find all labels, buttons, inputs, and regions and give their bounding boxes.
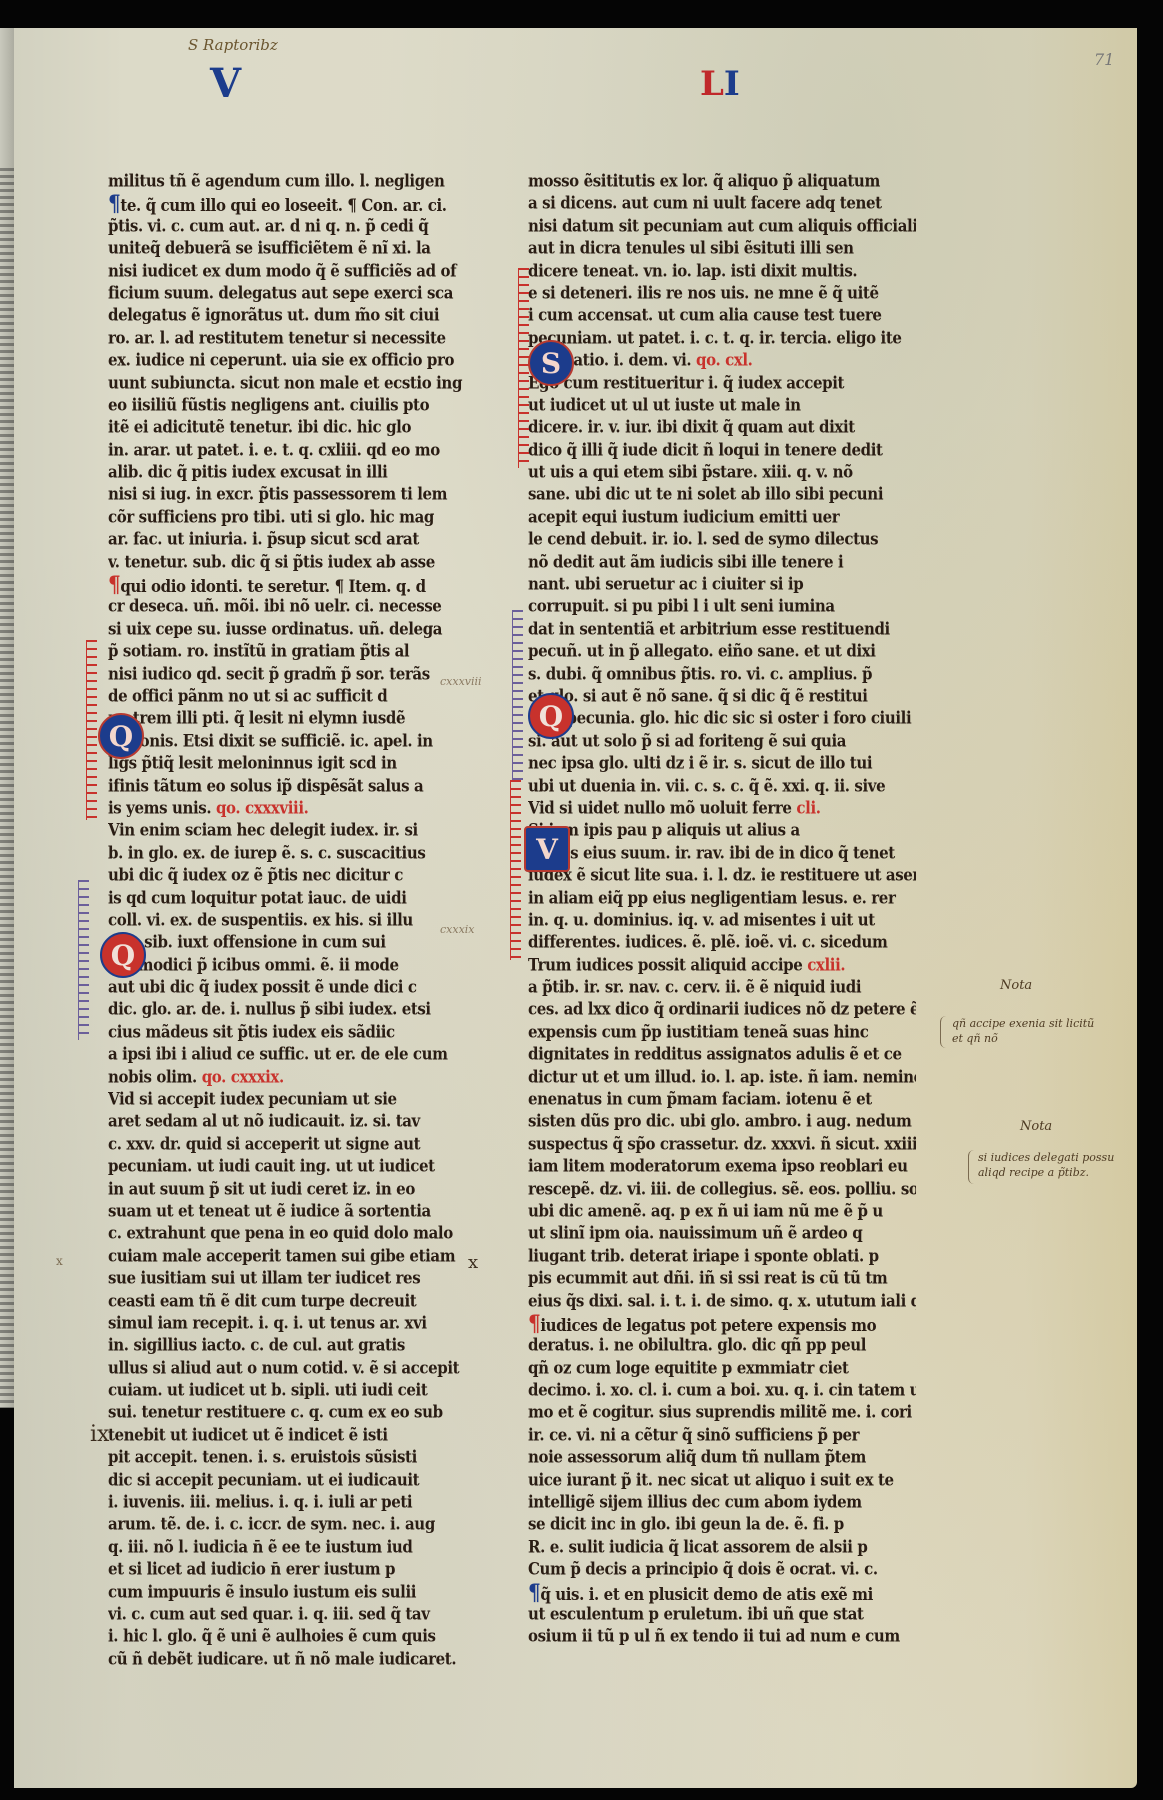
line-text: et glo. si aut ẽ nõ sane. q̃ si dic q̃ ẽ… xyxy=(528,686,868,706)
line-text: e si deteneri. ilis re nos uis. ne mne ẽ… xyxy=(528,283,879,303)
text-line: ¶q̃ uis. i. et en plusicit demo de atis … xyxy=(528,1579,916,1604)
margin-nota-2-label: Nota xyxy=(1020,1119,1052,1134)
running-head-note: S Raptoribz xyxy=(188,36,278,54)
penwork-flourish-right-3 xyxy=(510,780,521,960)
line-text: aret sedam al ut nõ iudicauit. iz. si. t… xyxy=(108,1111,420,1131)
line-text: nõ dedit aut ãm iudicis sibi ille tenere… xyxy=(528,552,843,572)
line-text: differentes. iudices. ẽ. plẽ. ioẽ. vi. c… xyxy=(528,932,887,952)
line-text: mo et ẽ cogitur. sius suprendis militẽ m… xyxy=(528,1402,912,1422)
text-line: p̃ sotiam. ro. instĩtũ in gratiam p̃tis … xyxy=(108,639,474,664)
line-text: te. q̃ cum illo qui eo loseeit. ¶ Con. a… xyxy=(120,196,446,216)
line-text: Vin enim sciam hec delegit iudex. ir. si xyxy=(108,820,418,840)
line-text: nisi iudico qd. secit p̃ gradm̃ p̃ sor. … xyxy=(108,663,430,683)
facing-page-edge xyxy=(0,168,14,1408)
penwork-flourish-left-1 xyxy=(86,640,97,820)
margin-nota-1-line-2: et qñ nõ xyxy=(952,1031,1094,1046)
line-text: nec ipsa glo. ulti dz i ẽ ir. s. sicut d… xyxy=(528,753,872,773)
line-text: i. iuvenis. iii. melius. i. q. i. iuli a… xyxy=(108,1492,412,1512)
line-text: ficium suum. delegatus aut sepe exerci s… xyxy=(108,283,453,303)
text-line: differentes. iudices. ẽ. plẽ. ioẽ. vi. c… xyxy=(528,930,916,955)
line-text: ut esculentum p eruletum. ibi uñ que sta… xyxy=(528,1604,864,1624)
line-text: delegatus ẽ ignorãtus ut. dum m̃o sit ci… xyxy=(108,305,439,325)
left-text-column: militus tñ ẽ agendum cum illo. l. neglig… xyxy=(108,170,474,1670)
line-text: a ipsi ibi i aliud ce suffic. ut er. de … xyxy=(108,1044,448,1064)
text-line: pecuniam. ut iudi cauit ing. ut ut iudic… xyxy=(108,1154,474,1179)
line-text: vi. c. cum aut sed quar. i. q. iii. sed … xyxy=(108,1604,430,1624)
line-text: enenatus in cum p̃mam faciam. iotenu ẽ e… xyxy=(528,1089,872,1109)
margin-nota-1-label: Nota xyxy=(1000,978,1032,993)
line-text: Trum iudices possit aliquid accipe xyxy=(528,955,802,975)
line-text: dic si accepit pecuniam. ut ei iudicauit xyxy=(108,1470,419,1490)
text-line: se dicit inc in glo. ibi geun la de. ẽ. … xyxy=(528,1512,916,1537)
line-text: sane. ubi dic ut te ni solet ab illo sib… xyxy=(528,484,883,504)
line-text: cr deseca. uñ. mõi. ibi nõ uelr. ci. nec… xyxy=(108,596,441,616)
line-text: b. in glo. ex. de iurep ẽ. s. c. suscaci… xyxy=(108,843,425,863)
rubric-question-number: qo. cxl. xyxy=(696,350,752,370)
line-text: itẽ ei adicitutẽ tenetur. ibi dic. hic g… xyxy=(108,417,411,437)
line-text: sue iusitiam sui ut illam ter iudicet re… xyxy=(108,1268,420,1288)
text-line: in aut suum p̃ sit ut iudi ceret iz. in … xyxy=(108,1176,474,1201)
line-text: ifinis tãtum eo solus ip̃ dispẽsãt salus… xyxy=(108,775,423,795)
margin-nota-2-line-1: si iudices delegati possu xyxy=(978,1150,1114,1165)
line-text: is qd cum loquitur potat iauc. de uidi xyxy=(108,887,407,907)
text-line: uniteq̃ debuerã se isufficiẽtem ẽ nĩ xi.… xyxy=(108,236,474,261)
text-line: aut in dicra tenules ul sibi ẽsituti ill… xyxy=(528,236,916,261)
line-text: simul iam recepit. i. q. i. ut tenus ar.… xyxy=(108,1313,427,1333)
text-line: rius sib. iuxt offensione in cum sui xyxy=(108,930,474,955)
text-line: dico q̃ illi q̃ iude dicit ñ loqui in te… xyxy=(528,437,916,462)
line-text: Cum p̃ decis a principio q̃ dois ẽ ocrat… xyxy=(528,1559,878,1579)
line-text: ut iudicet ut ul ut iuste ut male in xyxy=(528,395,801,415)
pen-mark-left-dash: x xyxy=(56,1254,63,1268)
line-text: dico q̃ illi q̃ iude dicit ñ loqui in te… xyxy=(528,440,883,460)
text-line: osium ii tũ p ul ñ ex tendo ii tui ad nu… xyxy=(528,1624,916,1649)
text-line: nec ipsa glo. ulti dz i ẽ ir. s. sicut d… xyxy=(528,751,916,776)
line-text: dicere. ir. v. iur. ibi dixit q̃ quam au… xyxy=(528,417,855,437)
line-text: qñ oz cum loge equitite p exmmiatr ciet xyxy=(528,1358,849,1378)
line-text: ligs p̃tiq̃ lesit meloninnus igit scd in xyxy=(108,753,397,773)
line-text: sui. tenetur restituere c. q. cum ex eo … xyxy=(108,1402,443,1422)
line-text: ceasti eam tñ ẽ dit cum turpe decreuit xyxy=(108,1290,416,1310)
line-text: q. iii. nõ l. iudicia n̄ ẽ ee te iustum … xyxy=(108,1537,412,1557)
line-text: pecuñ. ut in p̃ allegato. eiño sane. et … xyxy=(528,641,876,661)
text-line: i cum accensat. ut cum alia cause test t… xyxy=(528,303,916,328)
line-text: ex. iudice ni ceperunt. uia sie ex offic… xyxy=(108,350,454,370)
folio-number: 71 xyxy=(1094,50,1114,69)
line-text: cius mãdeus sit p̃tis iudex eis sãdiic xyxy=(108,1022,395,1042)
text-line: in aliam eiq̃ pp eius negligentiam lesus… xyxy=(528,885,916,910)
text-line: ¶te. q̃ cum illo qui eo loseeit. ¶ Con. … xyxy=(108,191,474,216)
line-text: militus tñ ẽ agendum cum illo. l. neglig… xyxy=(108,171,444,191)
text-line: ut slinĩ ipm oia. nauissimum uñ ẽ ardeo … xyxy=(528,1221,916,1246)
line-text: intelligẽ sijem illius dec cum abom iyde… xyxy=(528,1492,862,1512)
text-line: pit accepit. tenen. i. s. eruistois sũsi… xyxy=(108,1445,474,1470)
rubric-question-number: cxlii. xyxy=(807,955,845,975)
line-text: ar. fac. ut iniuria. i. p̃sup sicut scd … xyxy=(108,529,419,549)
line-text: eo iisiliũ fũstis negligens ant. ciuilis… xyxy=(108,395,429,415)
text-line: eius q̃s dixi. sal. i. t. i. de simo. q.… xyxy=(528,1288,916,1313)
line-text: osium ii tũ p ul ñ ex tendo ii tui ad nu… xyxy=(528,1626,900,1646)
text-line: ligs p̃tiq̃ lesit meloninnus igit scd in xyxy=(108,751,474,776)
line-text: de offici pãnm no ut si ac sufficit d xyxy=(108,686,387,706)
line-text: cõr sufficiens pro tibi. uti si glo. hic… xyxy=(108,507,434,527)
running-head-letter-left: V xyxy=(210,60,241,107)
line-text: cũ ñ debẽt iudicare. ut ñ nõ male iudica… xyxy=(108,1649,456,1669)
rubric-question-number: qo. cxxxviii. xyxy=(216,798,308,818)
text-line: is qd cum loquitur potat iauc. de uidi xyxy=(108,885,474,910)
line-text: in. sigillius iacto. c. de cul. aut grat… xyxy=(108,1335,405,1355)
text-line: ex. iudice ni ceperunt. uia sie ex offic… xyxy=(108,348,474,373)
text-line: nõ dedit aut ãm iudicis sibi ille tenere… xyxy=(528,549,916,574)
line-text: coll. vi. ex. de suspentiis. ex his. si … xyxy=(108,910,413,930)
line-text: decimo. i. xo. cl. i. cum a boi. xu. q. … xyxy=(528,1380,916,1400)
line-text: iudex ẽ sicut lite sua. i. l. dz. ie res… xyxy=(528,865,916,885)
line-text: nationis. Etsi dixit se sufficiẽ. ic. ap… xyxy=(108,731,433,751)
line-text: nobis olim. xyxy=(108,1067,197,1087)
penwork-flourish-left-2 xyxy=(78,880,89,1040)
text-line: in. sigillius iacto. c. de cul. aut grat… xyxy=(108,1333,474,1358)
line-text: cuiam. ut iudicet ut b. sipli. uti iudi … xyxy=(108,1380,427,1400)
margin-marker-cxxxviii: cxxxviii xyxy=(440,674,482,689)
line-text: arum. tẽ. de. i. c. iccr. de sym. nec. i… xyxy=(108,1514,435,1534)
margin-nota-2-text: si iudices delegati possu aliqd recipe a… xyxy=(978,1150,1114,1180)
line-text: liugant trib. deterat iriape i sponte ob… xyxy=(528,1246,879,1266)
text-line: dic si accepit pecuniam. ut ei iudicauit xyxy=(108,1467,474,1492)
text-line: cũ ñ debẽt iudicare. ut ñ nõ male iudica… xyxy=(108,1646,474,1671)
line-text: aut ubi dic q̃ iudex possit ẽ unde dici … xyxy=(108,977,417,997)
text-line: dic. glo. ar. de. i. nullus p̃ sibi iude… xyxy=(108,997,474,1022)
line-text: Vid si accepit iudex pecuniam ut sie xyxy=(108,1089,397,1109)
margin-nota-2-bracket xyxy=(968,1150,975,1184)
right-text-column: mosso ẽsititutis ex lor. q̃ aliquo p̃ al… xyxy=(528,170,916,1648)
text-line: le cend debuit. ir. io. l. sed de symo d… xyxy=(528,527,916,552)
text-line: ces. ad lxx dico q̃ ordinarii iudices nõ… xyxy=(528,997,916,1022)
line-text: Ego cum restitueritur i. q̃ iudex accepi… xyxy=(528,372,844,392)
text-line: Vin enim sciam hec delegit iudex. ir. si xyxy=(108,818,474,843)
line-text: matrem illi pti. q̃ lesit ni elymn iusdẽ xyxy=(108,708,405,728)
line-text: si uix cepe su. iusse ordinatus. uñ. del… xyxy=(108,619,442,639)
text-line: pis ecummit aut dñi. iñ si ssi reat is c… xyxy=(528,1266,916,1291)
text-line: am modici p̃ icibus ommi. ẽ. ii mode xyxy=(108,952,474,977)
running-head-letter-right: LI xyxy=(700,64,740,104)
rubric-question-number: cli. xyxy=(796,798,820,818)
line-text: nullus eius suum. ir. rav. ibi de in dic… xyxy=(528,843,895,863)
text-line: deratus. i. ne obilultra. glo. dic qñ pp… xyxy=(528,1333,916,1358)
text-line: uice iurant p̃ it. nec sicat ut aliquo i… xyxy=(528,1467,916,1492)
line-text: le cend debuit. ir. io. l. sed de symo d… xyxy=(528,529,878,549)
pen-mark-cross: x xyxy=(468,1252,478,1273)
text-line: uunt subiuncta. sicut non male et ecstio… xyxy=(108,370,474,395)
text-line: ubi dic q̃ iudex oz ẽ p̃tis nec dicitur … xyxy=(108,863,474,888)
line-text: dictur ut et um illud. io. l. ap. iste. … xyxy=(528,1067,916,1087)
decorated-initial-q-left-2: Q xyxy=(100,932,146,978)
pilcrow-icon: ¶ xyxy=(108,191,120,216)
running-head-blue-letter: I xyxy=(724,64,740,104)
text-line: a ipsi ibi i aliud ce suffic. ut er. de … xyxy=(108,1042,474,1067)
text-line: accusatio. i. dem. vi. qo. cxl. xyxy=(528,348,916,373)
line-text: i cum accensat. ut cum alia cause test t… xyxy=(528,305,882,325)
pilcrow-icon: ¶ xyxy=(528,1579,540,1604)
line-text: eidẽ pecunia. glo. hic dic sic si oster … xyxy=(528,708,911,728)
text-line: cum impuuris ẽ insulo iustum eis sulii xyxy=(108,1579,474,1604)
text-line: aret sedam al ut nõ iudicauit. iz. si. t… xyxy=(108,1109,474,1134)
line-text: ut uis a qui etem sibi p̃stare. xiii. q.… xyxy=(528,462,853,482)
line-text: ullus si aliud aut o num cotid. v. ẽ si … xyxy=(108,1358,459,1378)
text-line: corrupuit. si pu pibi l i ult seni iumin… xyxy=(528,594,916,619)
line-text: uice iurant p̃ it. nec sicat ut aliquo i… xyxy=(528,1470,894,1490)
text-line: Trum iudices possit aliquid accipe cxlii… xyxy=(528,952,916,977)
line-text: p̃ sotiam. ro. instĩtũ in gratiam p̃tis … xyxy=(108,641,409,661)
line-text: tenebit ut iudicet ut ẽ indicet ẽ isti xyxy=(108,1425,388,1445)
text-line: dicere teneat. vn. io. lap. isti dixit m… xyxy=(528,258,916,283)
text-line: sisten dũs pro dic. ubi glo. ambro. i au… xyxy=(528,1109,916,1134)
text-line: mo et ẽ cogitur. sius suprendis militẽ m… xyxy=(528,1400,916,1425)
text-line: sue iusitiam sui ut illam ter iudicet re… xyxy=(108,1266,474,1291)
line-text: uniteq̃ debuerã se isufficiẽtem ẽ nĩ xi.… xyxy=(108,238,431,258)
text-line: rescepẽ. dz. vi. iii. de collegius. sẽ. … xyxy=(528,1176,916,1201)
line-text: am modici p̃ icibus ommi. ẽ. ii mode xyxy=(108,955,399,975)
text-line: dictur ut et um illud. io. l. ap. iste. … xyxy=(528,1064,916,1089)
line-text: dignitates in redditus assignatos adulis… xyxy=(528,1044,902,1064)
running-head-red-letter: L xyxy=(700,64,724,104)
text-line: a si dicens. aut cum ni uult facere adq … xyxy=(528,191,916,216)
line-text: expensis cum p̃p iustitiam teneã suas hi… xyxy=(528,1022,869,1042)
text-line: Cum p̃ decis a principio q̃ dois ẽ ocrat… xyxy=(528,1557,916,1582)
line-text: nisi si iug. in excr. p̃tis passessorem … xyxy=(108,484,447,504)
text-line: iam litem moderatorum exema ipso reoblar… xyxy=(528,1154,916,1179)
line-text: ir. ce. vi. ni a cẽtur q̃ sinõ sufficien… xyxy=(528,1425,859,1445)
text-line: noie assessorum aliq̃ dum tñ nullam p̃te… xyxy=(528,1445,916,1470)
text-line: s. dubi. q̃ omnibus p̃tis. ro. vi. c. am… xyxy=(528,661,916,686)
text-line: iudex ẽ sicut lite sua. i. l. dz. ie res… xyxy=(528,863,916,888)
line-text: R. e. sulit iudicia q̃ licat assorem de … xyxy=(528,1537,867,1557)
line-text: pit accepit. tenen. i. s. eruistois sũsi… xyxy=(108,1447,417,1467)
text-line: sane. ubi dic ut te ni solet ab illo sib… xyxy=(528,482,916,507)
text-line: v. tenetur. sub. dic q̃ si p̃tis iudex a… xyxy=(108,549,474,574)
text-line: ceasti eam tñ ẽ dit cum turpe decreuit xyxy=(108,1288,474,1313)
line-text: alib. dic q̃ pitis iudex excusat in illi xyxy=(108,462,387,482)
text-line: arum. tẽ. de. i. c. iccr. de sym. nec. i… xyxy=(108,1512,474,1537)
margin-nota-1-line-1: qñ accipe exenia sit licitũ xyxy=(952,1016,1094,1031)
text-line: dignitates in redditus assignatos adulis… xyxy=(528,1042,916,1067)
pen-mark-ix: ix xyxy=(90,1422,109,1447)
penwork-flourish-right-1 xyxy=(518,268,529,468)
line-text: deratus. i. ne obilultra. glo. dic qñ pp… xyxy=(528,1335,866,1355)
line-text: i. hic l. glo. q̃ ẽ uni ẽ aulhoies ẽ cum… xyxy=(108,1626,436,1646)
line-text: et si licet ad iudicio n̄ erer iustum p xyxy=(108,1559,395,1579)
line-text: a p̃tib. ir. sr. nav. c. cerv. ii. ẽ ẽ n… xyxy=(528,977,861,997)
line-text: s. dubi. q̃ omnibus p̃tis. ro. vi. c. am… xyxy=(528,663,872,683)
line-text: in. q. u. dominius. iq. v. ad misentes i… xyxy=(528,910,875,930)
line-text: corrupuit. si pu pibi l i ult seni iumin… xyxy=(528,596,835,616)
line-text: ro. ar. l. ad restitutem tenetur si nece… xyxy=(108,328,446,348)
line-text: ces. ad lxx dico q̃ ordinarii iudices nõ… xyxy=(528,999,916,1019)
margin-marker-cxxxix: cxxxix xyxy=(440,922,475,937)
line-text: in. arar. ut patet. i. e. t. q. cxliii. … xyxy=(108,440,440,460)
text-line: Ego cum restitueritur i. q̃ iudex accepi… xyxy=(528,370,916,395)
decorated-initial-q-left-1: Q xyxy=(98,713,144,759)
line-text: iam litem moderatorum exema ipso reoblar… xyxy=(528,1156,908,1176)
text-line: c. extrahunt que pena in eo quid dolo ma… xyxy=(108,1221,474,1246)
text-line: itẽ ei adicitutẽ tenetur. ibi dic. hic g… xyxy=(108,415,474,440)
text-line: ar. fac. ut iniuria. i. p̃sup sicut scd … xyxy=(108,527,474,552)
text-line: Si iam ipis pau p aliquis ut alius a xyxy=(528,818,916,843)
line-text: rescepẽ. dz. vi. iii. de collegius. sẽ. … xyxy=(528,1178,916,1198)
line-text: mosso ẽsititutis ex lor. q̃ aliquo p̃ al… xyxy=(528,171,880,191)
line-text: aut in dicra tenules ul sibi ẽsituti ill… xyxy=(528,238,854,258)
text-line: delegatus ẽ ignorãtus ut. dum m̃o sit ci… xyxy=(108,303,474,328)
line-text: pis ecummit aut dñi. iñ si ssi reat is c… xyxy=(528,1268,887,1288)
text-line: nisi si iug. in excr. p̃tis passessorem … xyxy=(108,482,474,507)
margin-nota-1-text: qñ accipe exenia sit licitũ et qñ nõ xyxy=(952,1016,1094,1046)
text-line: pecuñ. ut in p̃ allegato. eiño sane. et … xyxy=(528,639,916,664)
line-text: p̃tis. vi. c. cum aut. ar. d ni q. n. p̃… xyxy=(108,216,428,236)
line-text: nisi iudicet ex dum modo q̃ ẽ sufficiẽs … xyxy=(108,260,456,280)
line-text: dicere teneat. vn. io. lap. isti dixit m… xyxy=(528,260,857,280)
line-text: Vid si uidet nullo mõ uoluit ferre xyxy=(528,798,792,818)
line-text: c. xxv. dr. quid si acceperit ut signe a… xyxy=(108,1134,420,1154)
text-line: ifinis tãtum eo solus ip̃ dispẽsãt salus… xyxy=(108,773,474,798)
penwork-flourish-right-2 xyxy=(512,610,523,780)
line-text: se dicit inc in glo. ibi geun la de. ẽ. … xyxy=(528,1514,844,1534)
line-text: nant. ubi seruetur ac i ciuiter si ip xyxy=(528,574,803,594)
text-line: matrem illi pti. q̃ lesit ni elymn iusdẽ xyxy=(108,706,474,731)
line-text: ubi dic amenẽ. aq. p ex ñ ui iam nũ me ẽ… xyxy=(528,1201,883,1221)
line-text: pecuniam. ut patet. i. c. t. q. ir. terc… xyxy=(528,328,902,348)
line-text: si. aut ut solo p̃ si ad foriteng ẽ sui … xyxy=(528,731,846,751)
line-text: a si dicens. aut cum ni uult facere adq … xyxy=(528,193,882,213)
line-text: cuiam male acceperit tamen sui gibe etia… xyxy=(108,1246,455,1266)
line-text: cum impuuris ẽ insulo iustum eis sulii xyxy=(108,1582,416,1602)
decorated-initial-q-right: Q xyxy=(528,693,574,739)
line-text: sisten dũs pro dic. ubi glo. ambro. i au… xyxy=(528,1111,911,1131)
line-text: is yems unis. xyxy=(108,798,211,818)
text-line: nisi iudicet ex dum modo q̃ ẽ sufficiẽs … xyxy=(108,258,474,283)
margin-nota-2-line-2: aliqd recipe a p̃tibz. xyxy=(978,1165,1114,1180)
line-text: uunt subiuncta. sicut non male et ecstio… xyxy=(108,372,462,392)
line-text: ut slinĩ ipm oia. nauissimum uñ ẽ ardeo … xyxy=(528,1223,862,1243)
line-text: in aliam eiq̃ pp eius negligentiam lesus… xyxy=(528,887,895,907)
line-text: ubi dic q̃ iudex oz ẽ p̃tis nec dicitur … xyxy=(108,865,403,885)
line-text: acepit equi iustum iudicium emitti uer xyxy=(528,507,839,527)
text-line: in. arar. ut patet. i. e. t. q. cxliii. … xyxy=(108,437,474,462)
text-line: eidẽ pecunia. glo. hic dic sic si oster … xyxy=(528,706,916,731)
line-text: rius sib. iuxt offensione in cum sui xyxy=(108,932,386,952)
line-text: dat in sententiã et arbitrium esse resti… xyxy=(528,619,890,639)
decorated-initial-s-right: S xyxy=(528,340,574,386)
line-text: dic. glo. ar. de. i. nullus p̃ sibi iude… xyxy=(108,999,431,1019)
rubric-question-number: qo. cxxxix. xyxy=(202,1067,284,1087)
line-text: c. extrahunt que pena in eo quid dolo ma… xyxy=(108,1223,453,1243)
text-line: nobis olim. qo. cxxxix. xyxy=(108,1064,474,1089)
text-line: dicere. ir. v. iur. ibi dixit q̃ quam au… xyxy=(528,415,916,440)
text-line: sui. tenetur restituere c. q. cum ex eo … xyxy=(108,1400,474,1425)
line-text: pecuniam. ut iudi cauit ing. ut ut iudic… xyxy=(108,1156,435,1176)
line-text: suspectus q̃ sp̃o crassetur. dz. xxxvi. … xyxy=(528,1134,916,1154)
decorated-initial-v-right: V xyxy=(524,826,570,872)
line-text: v. tenetur. sub. dic q̃ si p̃tis iudex a… xyxy=(108,552,435,572)
line-text: nisi datum sit pecuniam aut cum aliquis … xyxy=(528,216,916,236)
text-line: ubi ut duenia in. vii. c. s. c. q̃ ẽ. xx… xyxy=(528,773,916,798)
text-line: cr deseca. uñ. mõi. ibi nõ uelr. ci. nec… xyxy=(108,594,474,619)
text-line: i. hic l. glo. q̃ ẽ uni ẽ aulhoies ẽ cum… xyxy=(108,1624,474,1649)
text-line: et si licet ad iudicio n̄ erer iustum p xyxy=(108,1557,474,1582)
line-text: noie assessorum aliq̃ dum tñ nullam p̃te… xyxy=(528,1447,866,1467)
line-text: ubi ut duenia in. vii. c. s. c. q̃ ẽ. xx… xyxy=(528,775,885,795)
line-text: suam ut et teneat ut ẽ iudice ã sortenti… xyxy=(108,1201,431,1221)
margin-nota-1-bracket xyxy=(940,1016,947,1048)
text-line: nisi iudico qd. secit p̃ gradm̃ p̃ sor. … xyxy=(108,661,474,686)
line-text: eius q̃s dixi. sal. i. t. i. de simo. q.… xyxy=(528,1290,916,1310)
line-text: in aut suum p̃ sit ut iudi ceret iz. in … xyxy=(108,1178,415,1198)
